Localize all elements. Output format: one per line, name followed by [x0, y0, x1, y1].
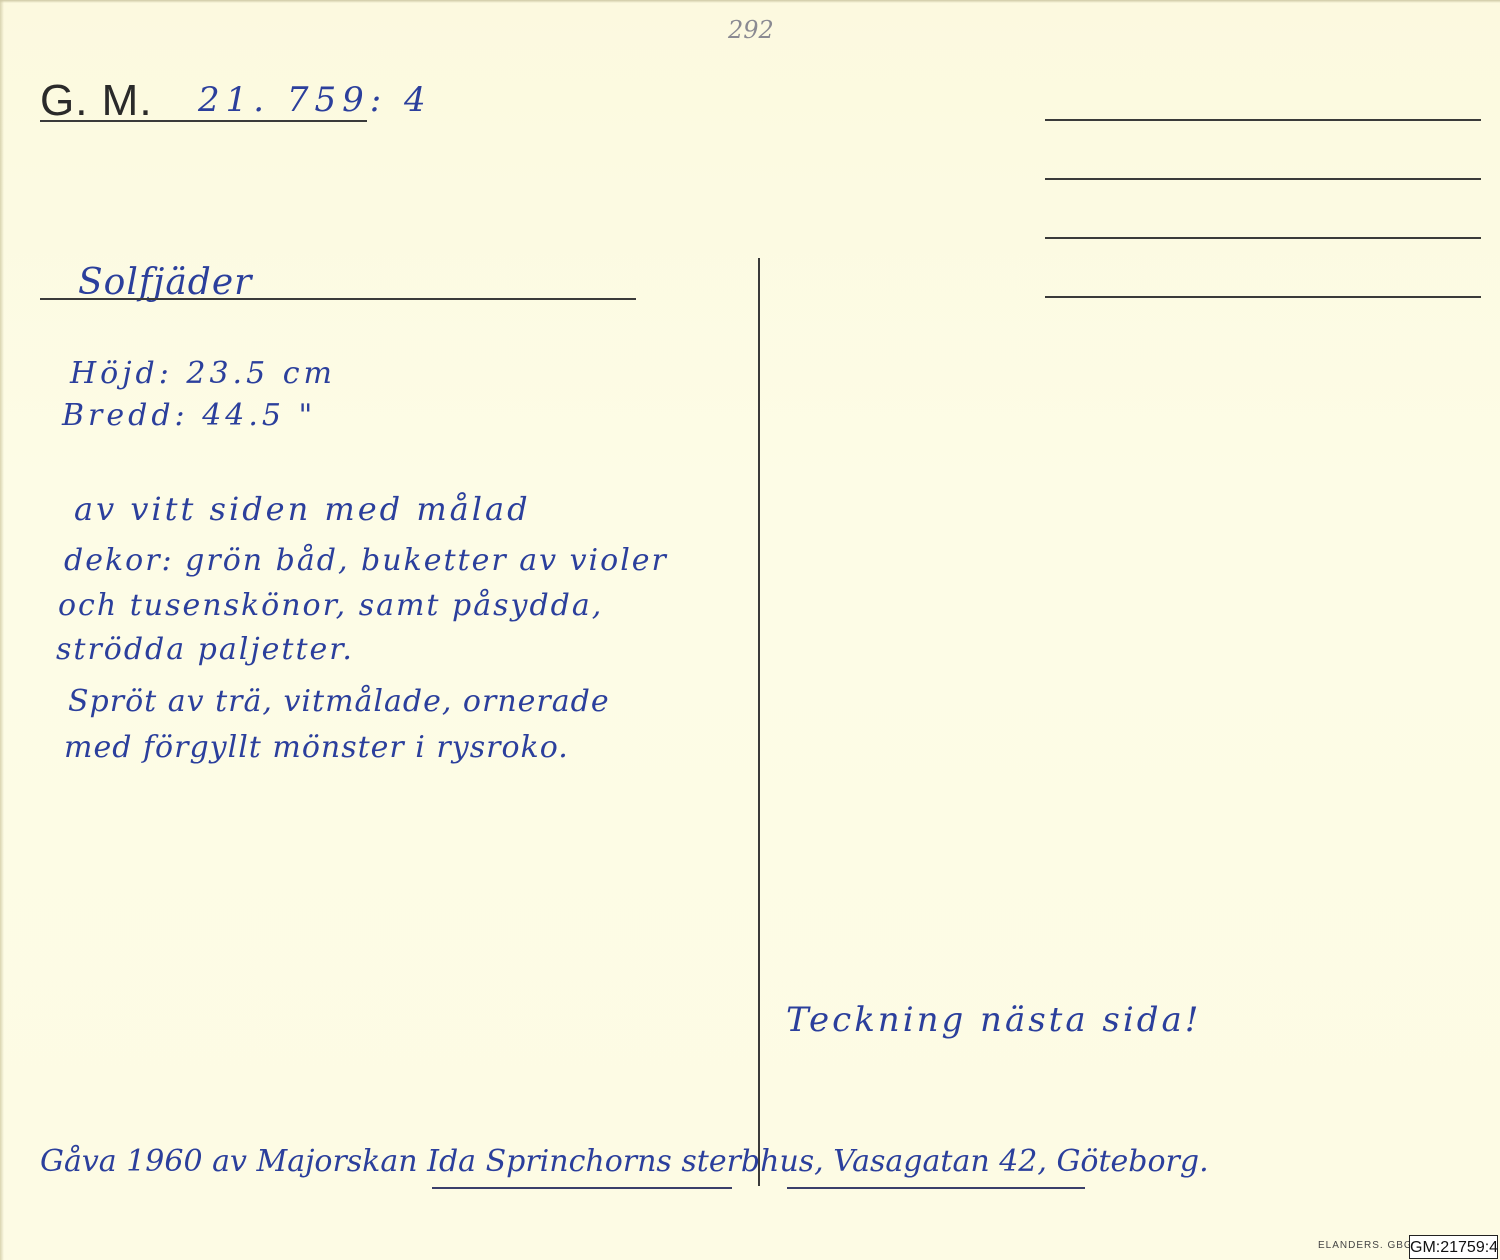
right-rule-4 [1045, 296, 1481, 298]
card-left-edge [0, 0, 4, 1260]
catalog-number: 21. 759: 4 [198, 80, 432, 120]
object-name: Solfjäder [78, 262, 252, 303]
right-rule-3 [1045, 237, 1481, 239]
right-rule-1 [1045, 119, 1481, 121]
column-divider [758, 258, 760, 1186]
provenance-underline-2 [787, 1187, 1085, 1189]
printed-gm-label: G. M. [40, 76, 153, 126]
height-measurement: Höjd: 23.5 cm [70, 356, 336, 391]
description-line: strödda paljetter. [56, 632, 354, 667]
width-measurement: Bredd: 44.5 " [62, 398, 316, 433]
description-line: dekor: grön båd, buketter av violer [64, 543, 668, 578]
catalog-card: 292 G. M. 21. 759: 4 Solfjäder Höjd: 23.… [0, 0, 1500, 1260]
right-rule-2 [1045, 178, 1481, 180]
description-line: Spröt av trä, vitmålade, ornerade [68, 684, 610, 719]
card-top-edge [0, 0, 1500, 3]
provenance-underline-1 [432, 1187, 732, 1189]
catalog-number-rule [40, 120, 367, 122]
description-line: med förgyllt mönster i rysroko. [64, 730, 569, 765]
drawing-next-page-note: Teckning nästa sida! [786, 1000, 1201, 1040]
description-line: och tusenskönor, samt påsydda, [58, 588, 603, 623]
printer-mark: ELANDERS. GBG [1318, 1240, 1413, 1251]
description-line: av vitt siden med målad [74, 490, 531, 528]
object-name-rule [40, 298, 636, 300]
page-number: 292 [728, 16, 774, 44]
inventory-label: GM:21759:4 [1409, 1235, 1498, 1259]
provenance-line: Gåva 1960 av Majorskan Ida Sprinchorns s… [40, 1144, 1209, 1179]
